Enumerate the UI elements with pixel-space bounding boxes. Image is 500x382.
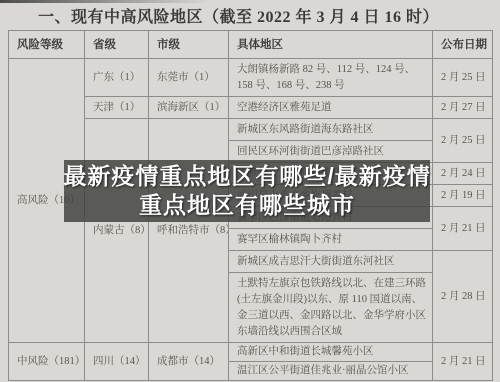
scan-artifact-line [0, 0, 210, 3]
table-row: 中风险（181） 四川（14） 成都市（14） 高新区中和街道长城馨苑小区 2 … [9, 343, 493, 362]
date-cell: 2 月 28 日 [433, 251, 493, 343]
table-header-row: 风险等级 省级 市级 具体地区 公布日期 [9, 31, 493, 59]
area-cell: 土默特左旗京包铁路线以北、在建三环路(土左旗金川段)以东、原 110 国道以南、… [229, 273, 433, 343]
watermark-line-1: 最新疫情重点地区有哪些/最新疫情 [63, 162, 430, 191]
watermark-overlay: 最新疫情重点地区有哪些/最新疫情 重点地区有哪些城市 [64, 160, 430, 222]
city-cell: 呼和浩特市（8） [149, 119, 229, 343]
scanned-document-page: 一、现有中高风险地区（截至 2022 年 3 月 4 日 16 时） 风险等级 … [0, 0, 500, 382]
col-header-area: 具体地区 [229, 31, 433, 59]
area-cell: 高新区中和街道长城馨苑小区 [229, 343, 433, 362]
date-cell: 2 月 21 日 [433, 343, 493, 381]
page-title: 一、现有中高风险地区（截至 2022 年 3 月 4 日 16 时） [38, 4, 468, 27]
city-cell: 成都市（14） [149, 343, 229, 381]
area-cell: 新城区东风路街道海东路社区 [229, 119, 433, 141]
area-cell: 大朗镇杨新路 82 号、112 号、124 号、158 号、168 号、238 … [229, 59, 433, 97]
area-cell: 新城区成吉思汗大街街道东河社区 [229, 251, 433, 273]
table-row: 高风险（10） 广东（1） 东莞市（1） 大朗镇杨新路 82 号、112 号、1… [9, 59, 493, 97]
date-cell: 2 月 19 日 [433, 185, 493, 207]
date-cell: 2 月 27 日 [433, 97, 493, 119]
date-cell: 2 月 24 日 [433, 163, 493, 185]
province-cell: 天津（1） [85, 97, 149, 119]
city-cell: 东莞市（1） [149, 59, 229, 97]
area-cell: 温江区公平街道佳兆业·丽晶公馆小区 [229, 362, 433, 381]
risk-level-cell: 中风险（181） [9, 343, 85, 381]
city-cell: 滨海新区（1） [149, 97, 229, 119]
province-cell: 广东（1） [85, 59, 149, 97]
col-header-risk-level: 风险等级 [9, 31, 85, 59]
watermark-line-2: 重点地区有哪些城市 [139, 191, 355, 220]
col-header-city: 市级 [149, 31, 229, 59]
col-header-province: 省级 [85, 31, 149, 59]
date-cell: 2 月 25 日 [433, 119, 493, 163]
date-cell: 2 月 25 日 [433, 59, 493, 97]
province-cell: 内蒙古（8） [85, 119, 149, 343]
province-cell: 四川（14） [85, 343, 149, 381]
date-cell: 2 月 21 日 [433, 207, 493, 251]
area-cell: 空港经济区雅苑足道 [229, 97, 433, 119]
col-header-publish-date: 公布日期 [433, 31, 493, 59]
area-cell: 赛罕区榆林镇陶卜齐村 [229, 229, 433, 251]
